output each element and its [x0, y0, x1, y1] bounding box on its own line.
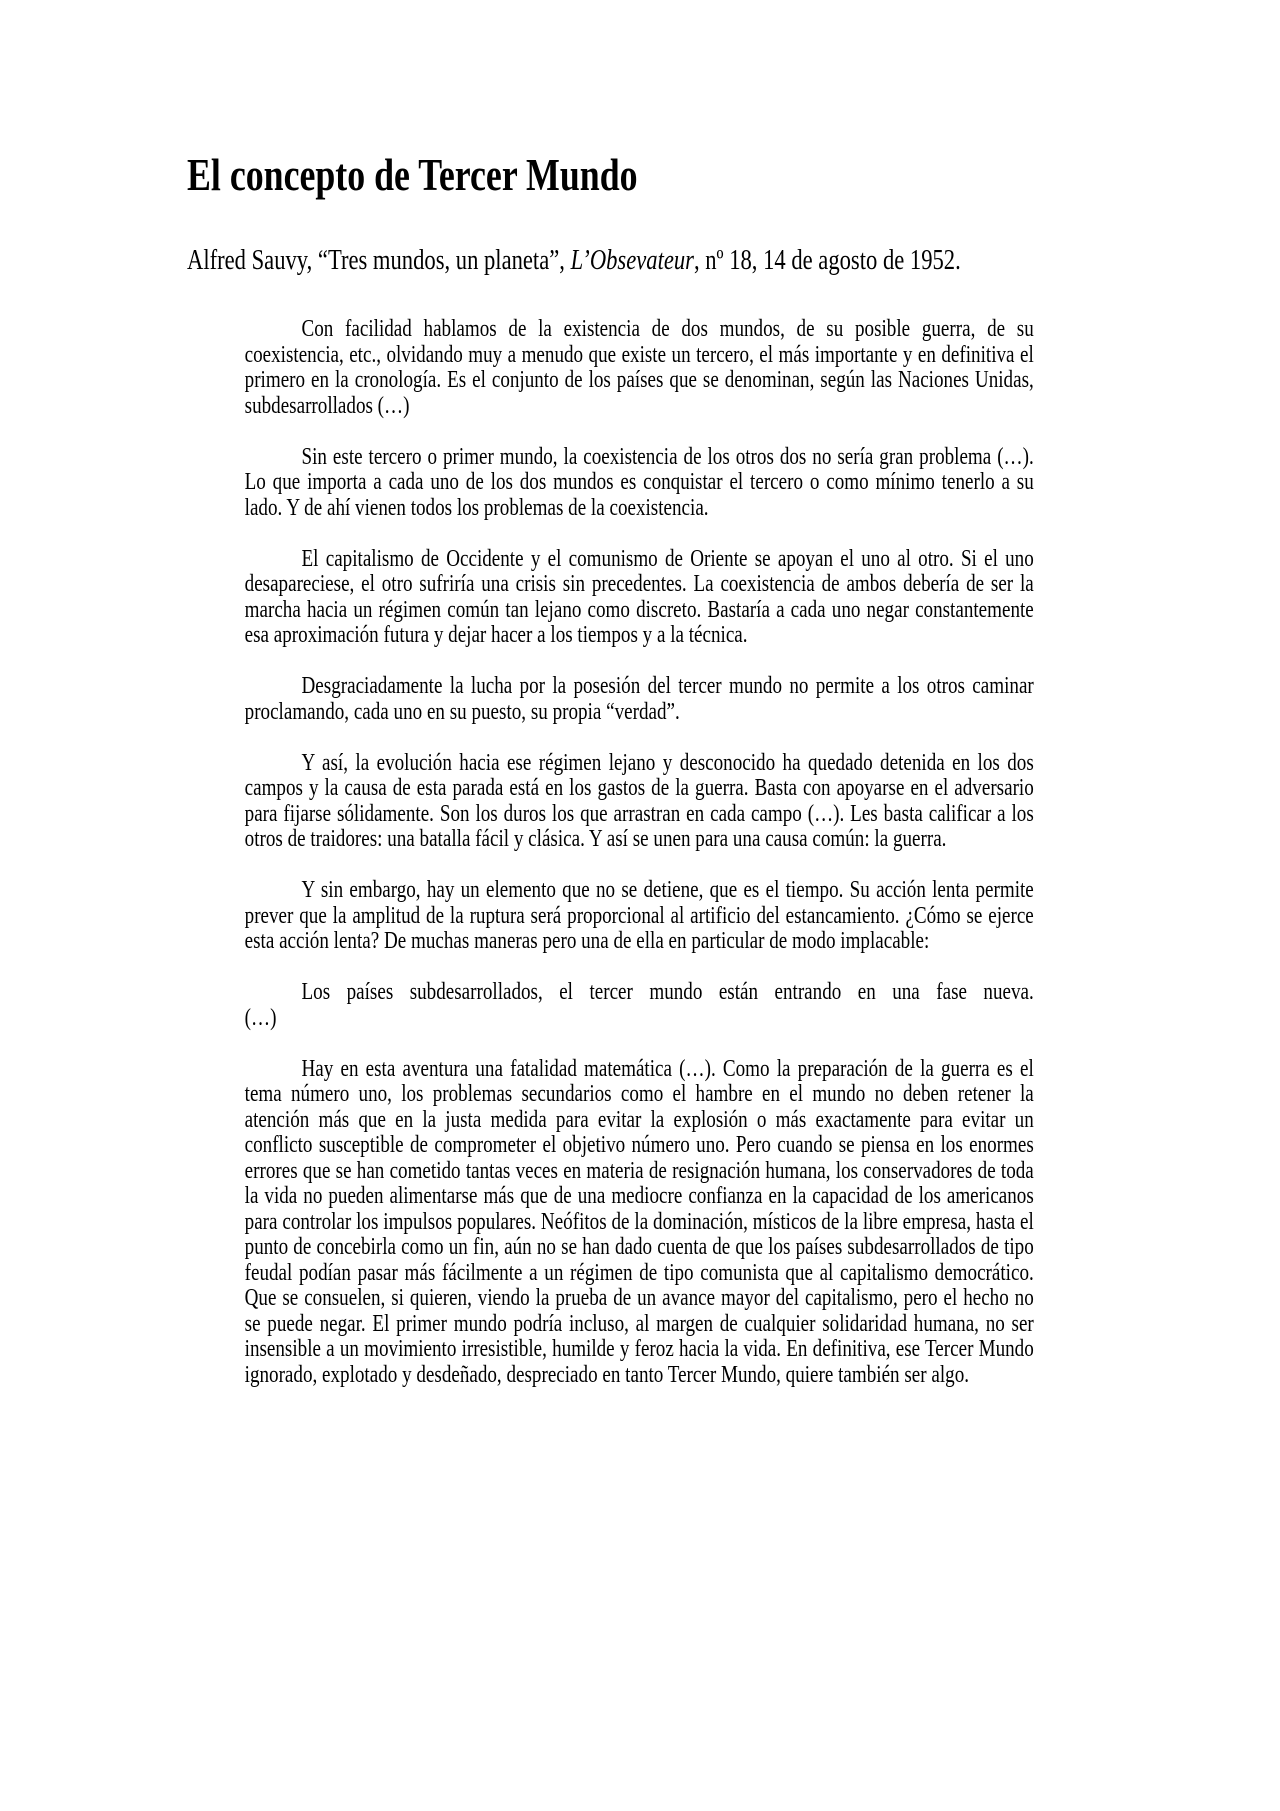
- document-page: El concepto de Tercer Mundo Alfred Sauvy…: [0, 0, 1280, 1811]
- subtitle-journal-italic: L’Obsevateur: [571, 244, 694, 276]
- document-content: El concepto de Tercer Mundo Alfred Sauvy…: [187, 149, 1035, 1387]
- document-title: El concepto de Tercer Mundo: [187, 149, 1035, 201]
- paragraph-5: Y así, la evolución hacia ese régimen le…: [245, 750, 1034, 852]
- document-subtitle: Alfred Sauvy, “Tres mundos, un planeta”,…: [187, 245, 1035, 276]
- subtitle-issue-and-date: , nº 18, 14 de agosto de 1952.: [694, 244, 961, 276]
- paragraph-8: Hay en esta aventura una fatalidad matem…: [245, 1056, 1034, 1388]
- paragraph-7-sentence: Los países subdesarrollados, el tercer m…: [245, 979, 1034, 1005]
- paragraph-2: Sin este tercero o primer mundo, la coex…: [245, 444, 1034, 521]
- subtitle-author-and-article: Alfred Sauvy, “Tres mundos, un planeta”,: [187, 244, 571, 276]
- paragraph-3: El capitalismo de Occidente y el comunis…: [245, 546, 1034, 648]
- paragraph-1: Con facilidad hablamos de la existencia …: [245, 316, 1034, 418]
- paragraph-7: Los países subdesarrollados, el tercer m…: [245, 979, 1034, 1030]
- paragraph-4: Desgraciadamente la lucha por la posesió…: [245, 673, 1034, 724]
- paragraph-6: Y sin embargo, hay un elemento que no se…: [245, 877, 1034, 954]
- paragraph-7-ellipsis: (…): [245, 1005, 1034, 1031]
- document-body: Con facilidad hablamos de la existencia …: [245, 316, 1034, 1387]
